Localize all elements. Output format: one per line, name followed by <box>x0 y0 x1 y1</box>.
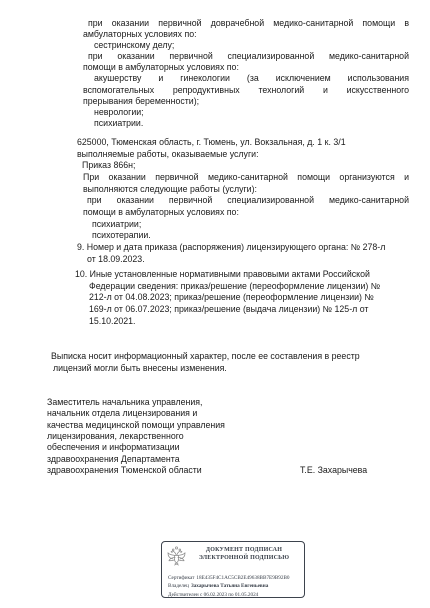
text-line: лицензий могли быть внесены изменения. <box>51 363 401 375</box>
text-line: 625000, Тюменская область, г. Тюмень, ул… <box>77 137 409 149</box>
stamp-title-line2: ЭЛЕКТРОННОЙ ПОДПИСЬЮ <box>188 555 300 563</box>
signatory-title-block: Заместитель начальника управления,началь… <box>47 397 332 476</box>
certificate-line: Сертификат18E435F4C1AC5CB2E49638BB7E9B92… <box>168 574 301 582</box>
text-line: Приказ 866н; <box>77 160 409 172</box>
text-line: качества медицинской помощи управления <box>47 420 332 431</box>
text-line: при оказании первичной специализированно… <box>83 51 409 62</box>
coat-of-arms-eagle-icon <box>167 546 186 568</box>
stamp-details: Сертификат18E435F4C1AC5CB2E49638BB7E9B92… <box>168 574 301 599</box>
text-line: 9. Номер и дата приказа (распоряжения) л… <box>77 242 409 254</box>
text-line: неврологии; <box>83 107 409 118</box>
owner-line: ВладелецЗахарычева Татьяна Евгеньевна <box>168 582 301 590</box>
text-line: помощи в амбулаторных условиях по: <box>77 207 409 219</box>
disclaimer-note: Выписка носит информационный характер, п… <box>51 351 401 374</box>
text-line: Выписка носит информационный характер, п… <box>51 351 401 363</box>
text-line: 212-л от 04.08.2023; приказ/решение (пер… <box>75 292 409 304</box>
text-line: от 18.09.2023. <box>77 254 409 266</box>
certificate-label: Сертификат <box>168 575 194 581</box>
stamp-title: ДОКУМЕНТ ПОДПИСАН ЭЛЕКТРОННОЙ ПОДПИСЬЮ <box>188 547 300 562</box>
text-line: начальник отдела лицензирования и <box>47 408 332 419</box>
text-line: При оказании первичной медико-санитарной… <box>77 172 409 184</box>
text-line: 15.10.2021. <box>75 316 409 328</box>
text-line: Федерации сведения: приказ/решение (пере… <box>75 281 409 293</box>
text-line: при оказании первичной доврачебной медик… <box>83 18 409 29</box>
order-number-item: 9. Номер и дата приказа (распоряжения) л… <box>77 242 409 265</box>
electronic-signature-stamp: ДОКУМЕНТ ПОДПИСАН ЭЛЕКТРОННОЙ ПОДПИСЬЮ С… <box>161 541 305 598</box>
text-line: обеспечения и информатизации <box>47 442 332 453</box>
owner-value: Захарычева Татьяна Евгеньевна <box>191 583 268 589</box>
license-address-section: 625000, Тюменская область, г. Тюмень, ул… <box>77 137 409 242</box>
stamp-title-line1: ДОКУМЕНТ ПОДПИСАН <box>188 547 300 555</box>
text-line: здравоохранения Тюменской области <box>47 465 332 476</box>
text-line: акушерству и гинекологии (за исключением… <box>83 73 409 84</box>
other-regulatory-info-item: 10. Иные установленные нормативными прав… <box>75 269 409 328</box>
text-line: Заместитель начальника управления, <box>47 397 332 408</box>
text-line: здравоохранения Департамента <box>47 454 332 465</box>
text-line: психиатрии; <box>77 219 409 231</box>
text-line: выполняются следующие работы (услуги): <box>77 184 409 196</box>
text-line: выполняемые работы, оказываемые услуги: <box>77 149 409 161</box>
text-line: амбулаторных условиях по: <box>83 29 409 40</box>
text-line: 169-л от 06.07.2023; приказ/решение (выд… <box>75 304 409 316</box>
text-line: сестринскому делу; <box>83 40 409 51</box>
text-line: при оказании первичной специализированно… <box>77 195 409 207</box>
text-line: прерывания беременности); <box>83 96 409 107</box>
license-services-list: при оказании первичной доврачебной медик… <box>83 18 409 129</box>
text-line: 10. Иные установленные нормативными прав… <box>75 269 409 281</box>
text-line: вспомогательных репродуктивных технологи… <box>83 85 409 96</box>
document-page: при оказании первичной доврачебной медик… <box>0 0 430 608</box>
owner-label: Владелец <box>168 583 189 589</box>
text-line: лицензирования, лекарственного <box>47 431 332 442</box>
signatory-name: Т.Е. Захарычева <box>300 465 420 476</box>
validity-line: Действителен с 06.02.2023 по 01.05.2024 <box>168 591 301 599</box>
text-line: психотерапии. <box>77 230 409 242</box>
certificate-value: 18E435F4C1AC5CB2E49638BB7E9B92B0 <box>196 575 289 581</box>
text-line: помощи в амбулаторных условиях по: <box>83 62 409 73</box>
text-line: психиатрии. <box>83 118 409 129</box>
